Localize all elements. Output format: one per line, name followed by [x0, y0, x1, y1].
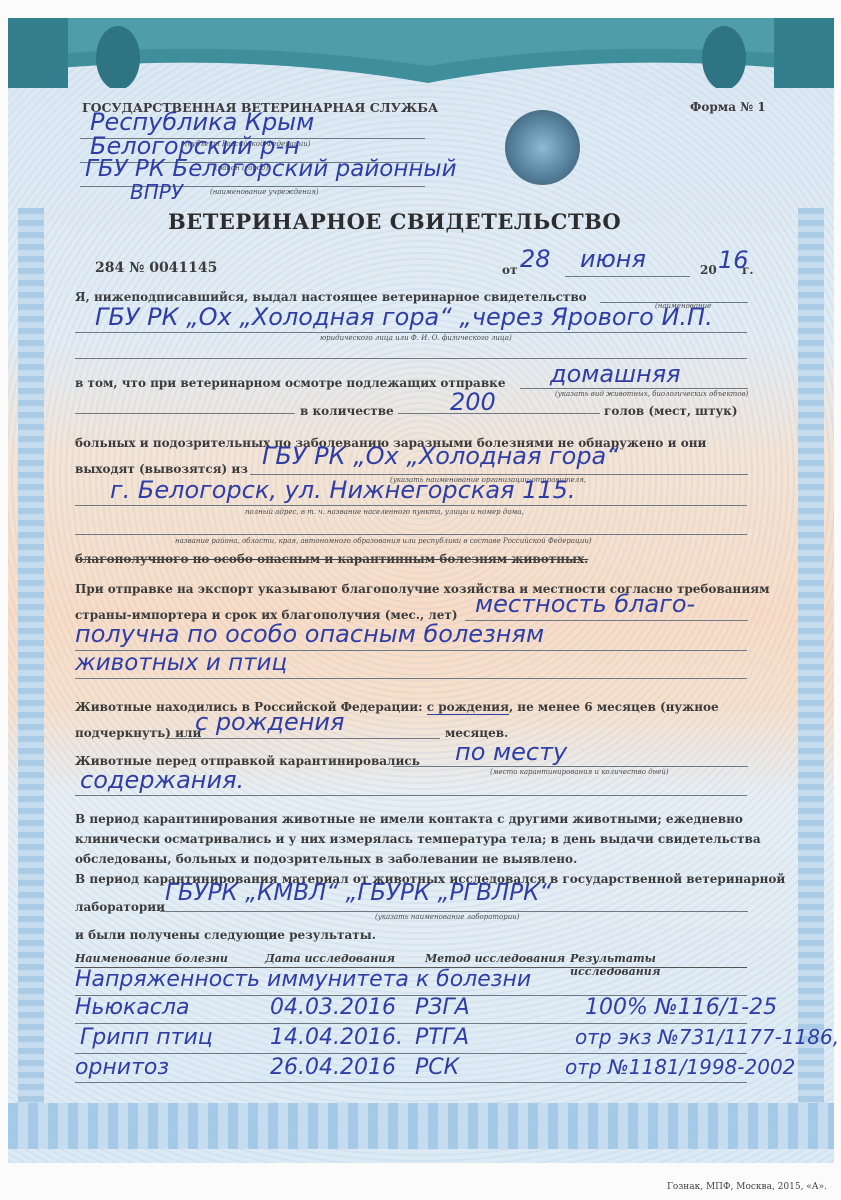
- inspection-text: в том, что при ветеринарном осмотре подл…: [75, 376, 505, 390]
- animal-type-caption: (указать вид животных, биологических объ…: [555, 390, 748, 398]
- notes-p1: В период карантинирования животные не им…: [75, 812, 743, 826]
- notes-p2: клинически осматривались и у них измерял…: [75, 832, 761, 846]
- form-number: Форма № 1: [690, 100, 766, 114]
- region-caption: название района, области, края, автономн…: [175, 537, 592, 545]
- lab-value[interactable]: ГБУРК „КМВЛ“ „ГБУРК „РГВЛРК“: [165, 880, 551, 906]
- quarantine-value-2[interactable]: содержания.: [80, 766, 244, 794]
- address-caption: полный адрес, в т. ч. название населенно…: [245, 508, 524, 516]
- year-prefix: 20: [700, 263, 717, 277]
- left-border: [18, 208, 44, 1103]
- quarantine-value-1[interactable]: по месту: [455, 738, 567, 766]
- row-result[interactable]: 100% №116/1-25: [585, 995, 777, 1020]
- row-disease[interactable]: Грипп птиц: [80, 1025, 213, 1050]
- status-text: благополучного по особо опасным и карант…: [75, 552, 588, 566]
- row-method[interactable]: РСК: [415, 1055, 459, 1080]
- table-row: Грипп птиц 14.04.2016. РТГА отр экз №731…: [75, 1025, 747, 1053]
- header-result: Результаты исследования: [570, 952, 747, 978]
- number-sign: №: [129, 260, 144, 276]
- row-result[interactable]: отр экз №731/1177-1186,: [575, 1025, 839, 1049]
- row-method[interactable]: РТГА: [415, 1025, 469, 1050]
- export-value-1[interactable]: местность благо-: [475, 590, 695, 618]
- from-label: выходят (вывозятся) из: [75, 462, 248, 476]
- notes-p3: обследованы, больных и подозрительных в …: [75, 852, 577, 866]
- institution-value[interactable]: ГБУ РК Белогорский районный: [85, 156, 457, 182]
- header-method: Метод исследования: [425, 952, 565, 965]
- top-ornament-band: [8, 18, 834, 88]
- issued-text: Я, нижеподписавшийся, выдал настоящее ве…: [75, 290, 587, 304]
- notes-p5: и были получены следующие результаты.: [75, 928, 376, 942]
- issued-value[interactable]: ГБУ РК „Ох „Холодная гора“ „через Яровог…: [95, 303, 713, 331]
- quarantine-caption: (место карантинирования и количество дне…: [490, 768, 669, 776]
- results-intro[interactable]: Напряженность иммунитета к болезни: [75, 967, 531, 992]
- lab-label: лаборатории: [75, 900, 165, 914]
- address-value[interactable]: г. Белогорск, ул. Нижнегорская 115.: [110, 476, 576, 504]
- row-disease[interactable]: Ньюкасла: [75, 995, 189, 1020]
- row-method[interactable]: РЗГА: [415, 995, 470, 1020]
- year-end: г.: [742, 263, 754, 277]
- animal-type-value[interactable]: домашняя: [550, 360, 681, 388]
- row-date[interactable]: 04.03.2016: [270, 995, 396, 1020]
- unit-label: голов (мест, штук): [604, 404, 738, 418]
- quantity-label: в количестве: [300, 404, 394, 418]
- series: 284: [95, 260, 124, 276]
- residence-text-after: , не менее 6 месяцев (нужное: [509, 700, 719, 714]
- institution-caption: (наименование учреждения): [210, 188, 319, 196]
- date-day[interactable]: 28: [520, 245, 551, 273]
- lab-caption: (указать наименование лаборатории): [375, 913, 519, 921]
- row-result[interactable]: отр №1181/1998-2002: [565, 1055, 795, 1079]
- row-date[interactable]: 26.04.2016: [270, 1055, 396, 1080]
- issued-caption: юридического лица или Ф. И. О. физическо…: [320, 334, 512, 342]
- document-title: ВЕТЕРИНАРНОЕ СВИДЕТЕЛЬСТВО: [168, 209, 621, 234]
- printer-imprint: Гознак, МПФ, Москва, 2015, «А».: [667, 1182, 827, 1192]
- from-value[interactable]: ГБУ РК „Ох „Холодная гора“: [262, 442, 619, 470]
- table-row: Ньюкасла 04.03.2016 РЗГА 100% №116/1-25: [75, 995, 747, 1023]
- date-month[interactable]: июня: [580, 245, 646, 273]
- header-date: Дата исследования: [265, 952, 395, 965]
- number-value: 0041145: [149, 260, 217, 276]
- residence-text: Животные находились в Российской Федерац…: [75, 700, 719, 714]
- export-value-3[interactable]: животных и птиц: [75, 650, 287, 676]
- date-prefix: от: [502, 263, 517, 277]
- bottom-ornament-band: [8, 1103, 834, 1149]
- quantity-value[interactable]: 200: [450, 388, 496, 416]
- option-from-birth[interactable]: с рождения: [427, 700, 509, 715]
- header-disease: Наименование болезни: [75, 952, 228, 965]
- row-date[interactable]: 14.04.2016.: [270, 1025, 403, 1050]
- hologram-seal: [505, 110, 580, 185]
- right-border: [798, 208, 824, 1103]
- row-disease[interactable]: орнитоз: [75, 1055, 169, 1080]
- residence-value[interactable]: с рождения: [195, 708, 344, 736]
- table-row: орнитоз 26.04.2016 РСК отр №1181/1998-20…: [75, 1055, 747, 1083]
- institution-value-2[interactable]: ВПРУ: [130, 180, 183, 204]
- export-value-2[interactable]: получна по особо опасным болезням: [75, 620, 544, 648]
- certificate-number: 284 № 0041145: [95, 260, 217, 276]
